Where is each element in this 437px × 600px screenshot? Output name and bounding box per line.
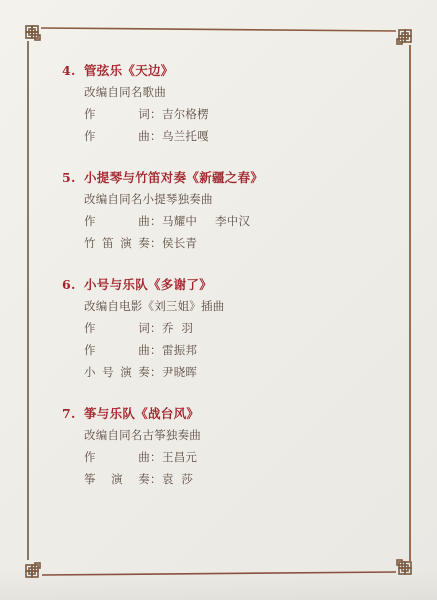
credit-colon: ： xyxy=(150,318,162,339)
credit-line: 作 词：吉尔格楞 xyxy=(62,104,392,126)
credit-line: 小号演奏：尹晓晖 xyxy=(62,362,392,384)
credit-role: 作 词 xyxy=(84,104,150,125)
credit-line: 筝 演 奏：袁 莎 xyxy=(62,469,392,491)
credit-line: 作 曲：马耀中李中汉 xyxy=(62,211,392,233)
entry-number: 4. xyxy=(62,62,84,80)
program-page: 4.管弦乐《天边》 改编自同名歌曲 作 词：吉尔格楞 作 曲：乌兰托嘎 5.小提… xyxy=(0,0,437,600)
credit-colon: ： xyxy=(150,126,162,147)
credit-colon: ： xyxy=(150,340,162,361)
entry-title-text: 筝与乐队《战台风》 xyxy=(84,406,199,421)
program-list: 4.管弦乐《天边》 改编自同名歌曲 作 词：吉尔格楞 作 曲：乌兰托嘎 5.小提… xyxy=(62,62,392,512)
source-text: 改编自同名小提琴独奏曲 xyxy=(84,192,213,206)
credit-name: 吉尔格楞 xyxy=(162,104,209,125)
credit-colon: ： xyxy=(150,447,162,468)
program-entry: 4.管弦乐《天边》 改编自同名歌曲 作 词：吉尔格楞 作 曲：乌兰托嘎 xyxy=(62,62,392,148)
credit-name: 乌兰托嘎 xyxy=(162,126,209,147)
entry-title-text: 小提琴与竹笛对奏《新疆之春》 xyxy=(84,170,263,185)
entry-source: 改编自电影《刘三姐》插曲 xyxy=(62,296,392,318)
credit-colon: ： xyxy=(150,211,162,232)
credit-role: 作 曲 xyxy=(84,126,150,147)
source-text: 改编自同名歌曲 xyxy=(84,85,166,99)
credit-role: 作 曲 xyxy=(84,340,150,361)
entry-title: 7.筝与乐队《战台风》 xyxy=(62,405,392,425)
credit-colon: ： xyxy=(150,362,162,383)
credit-name: 王昌元 xyxy=(162,447,197,468)
credit-role: 作 词 xyxy=(84,318,150,339)
entry-source: 改编自同名歌曲 xyxy=(62,82,392,104)
program-entry: 7.筝与乐队《战台风》 改编自同名古筝独奏曲 作 曲：王昌元 筝 演 奏：袁 莎 xyxy=(62,405,392,491)
entry-title: 6.小号与乐队《多谢了》 xyxy=(62,276,392,296)
entry-source: 改编自同名古筝独奏曲 xyxy=(62,425,392,447)
credit-role: 竹笛演奏 xyxy=(84,233,150,254)
entry-number: 5. xyxy=(62,169,84,187)
credit-role: 作 曲 xyxy=(84,211,150,232)
credit-line: 作 曲：雷振邦 xyxy=(62,340,392,362)
credit-name: 乔 羽 xyxy=(162,318,193,339)
source-text: 改编自同名古筝独奏曲 xyxy=(84,428,201,442)
credit-name: 马耀中 xyxy=(162,211,197,232)
credit-name: 侯长青 xyxy=(162,233,197,254)
credit-name: 雷振邦 xyxy=(162,340,197,361)
entry-title: 4.管弦乐《天边》 xyxy=(62,62,392,82)
credit-name: 袁 莎 xyxy=(162,469,193,490)
credit-name: 尹晓晖 xyxy=(162,362,197,383)
program-entry: 6.小号与乐队《多谢了》 改编自电影《刘三姐》插曲 作 词：乔 羽 作 曲：雷振… xyxy=(62,276,392,384)
credit-role: 作 曲 xyxy=(84,447,150,468)
entry-number: 7. xyxy=(62,405,84,423)
credit-line: 作 曲：乌兰托嘎 xyxy=(62,126,392,148)
credit-colon: ： xyxy=(150,233,162,254)
entry-number: 6. xyxy=(62,276,84,294)
credit-role: 小号演奏 xyxy=(84,362,150,383)
credit-role: 筝 演 奏 xyxy=(84,469,150,490)
entry-source: 改编自同名小提琴独奏曲 xyxy=(62,189,392,211)
corner-knot-top-right xyxy=(397,30,411,44)
corner-knot-top-left xyxy=(26,26,40,40)
source-text: 改编自电影《刘三姐》插曲 xyxy=(84,299,224,313)
entry-title-text: 小号与乐队《多谢了》 xyxy=(84,277,212,292)
page-shadow xyxy=(0,570,437,600)
entry-title: 5.小提琴与竹笛对奏《新疆之春》 xyxy=(62,169,392,189)
credit-colon: ： xyxy=(150,104,162,125)
entry-title-text: 管弦乐《天边》 xyxy=(84,63,174,78)
credit-line: 作 曲：王昌元 xyxy=(62,447,392,469)
program-entry: 5.小提琴与竹笛对奏《新疆之春》 改编自同名小提琴独奏曲 作 曲：马耀中李中汉 … xyxy=(62,169,392,255)
credit-name: 李中汉 xyxy=(215,211,250,232)
credit-line: 作 词：乔 羽 xyxy=(62,318,392,340)
credit-colon: ： xyxy=(150,469,162,490)
credit-line: 竹笛演奏：侯长青 xyxy=(62,233,392,255)
